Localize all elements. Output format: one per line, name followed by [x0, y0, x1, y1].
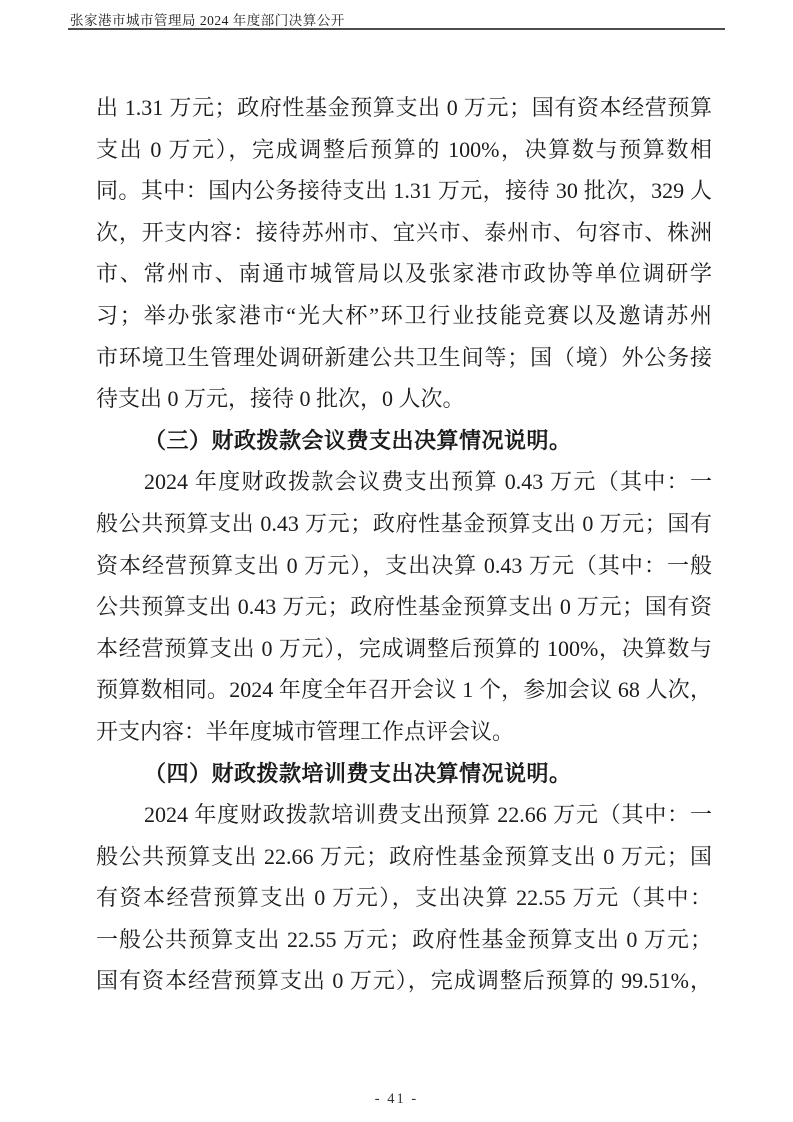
text-line: 预算数相同。2024 年度全年召开会议 1 个，参加会议 68 人次， [96, 669, 712, 711]
text-line: 同。其中：国内公务接待支出 1.31 万元，接待 30 批次，329 人 [96, 170, 712, 212]
text-line: 般公共预算支出 0.43 万元；政府性基金预算支出 0 万元；国有 [96, 503, 712, 545]
text-line: 开支内容：半年度城市管理工作点评会议。 [96, 711, 712, 753]
header-rule [68, 28, 725, 30]
document-body: 出 1.31 万元；政府性基金预算支出 0 万元；国有资本经营预算 支出 0 万… [96, 87, 712, 1002]
text-line: 般公共预算支出 22.66 万元；政府性基金预算支出 0 万元；国 [96, 836, 712, 878]
text-line: 2024 年度财政拨款会议费支出预算 0.43 万元（其中：一 [96, 461, 712, 503]
document-page: 张家港市城市管理局 2024 年度部门决算公开 出 1.31 万元；政府性基金预… [0, 0, 793, 1122]
text-line: 习；举办张家港市“光大杯”环卫行业技能竞赛以及邀请苏州 [96, 295, 712, 337]
text-line: 2024 年度财政拨款培训费支出预算 22.66 万元（其中：一 [96, 794, 712, 836]
section-heading: （四）财政拨款培训费支出决算情况说明。 [96, 753, 712, 795]
text-line: 本经营预算支出 0 万元），完成调整后预算的 100%，决算数与 [96, 628, 712, 670]
section-heading: （三）财政拨款会议费支出决算情况说明。 [96, 420, 712, 462]
text-line: 国有资本经营预算支出 0 万元），完成调整后预算的 99.51%， [96, 960, 712, 1002]
text-line: 支出 0 万元），完成调整后预算的 100%，决算数与预算数相 [96, 129, 712, 171]
page-header-title: 张家港市城市管理局 2024 年度部门决算公开 [70, 9, 345, 29]
text-line: 出 1.31 万元；政府性基金预算支出 0 万元；国有资本经营预算 [96, 87, 712, 129]
text-line: 一般公共预算支出 22.55 万元；政府性基金预算支出 0 万元； [96, 919, 712, 961]
page-number: - 41 - [0, 1091, 793, 1108]
text-line: 资本经营预算支出 0 万元），支出决算 0.43 万元（其中：一般 [96, 545, 712, 587]
text-line: 有资本经营预算支出 0 万元），支出决算 22.55 万元（其中： [96, 877, 712, 919]
text-line: 待支出 0 万元，接待 0 批次，0 人次。 [96, 378, 712, 420]
text-line: 市、常州市、南通市城管局以及张家港市政协等单位调研学 [96, 253, 712, 295]
text-line: 公共预算支出 0.43 万元；政府性基金预算支出 0 万元；国有资 [96, 586, 712, 628]
text-line: 市环境卫生管理处调研新建公共卫生间等；国（境）外公务接 [96, 337, 712, 379]
text-line: 次，开支内容：接待苏州市、宜兴市、泰州市、句容市、株洲 [96, 212, 712, 254]
